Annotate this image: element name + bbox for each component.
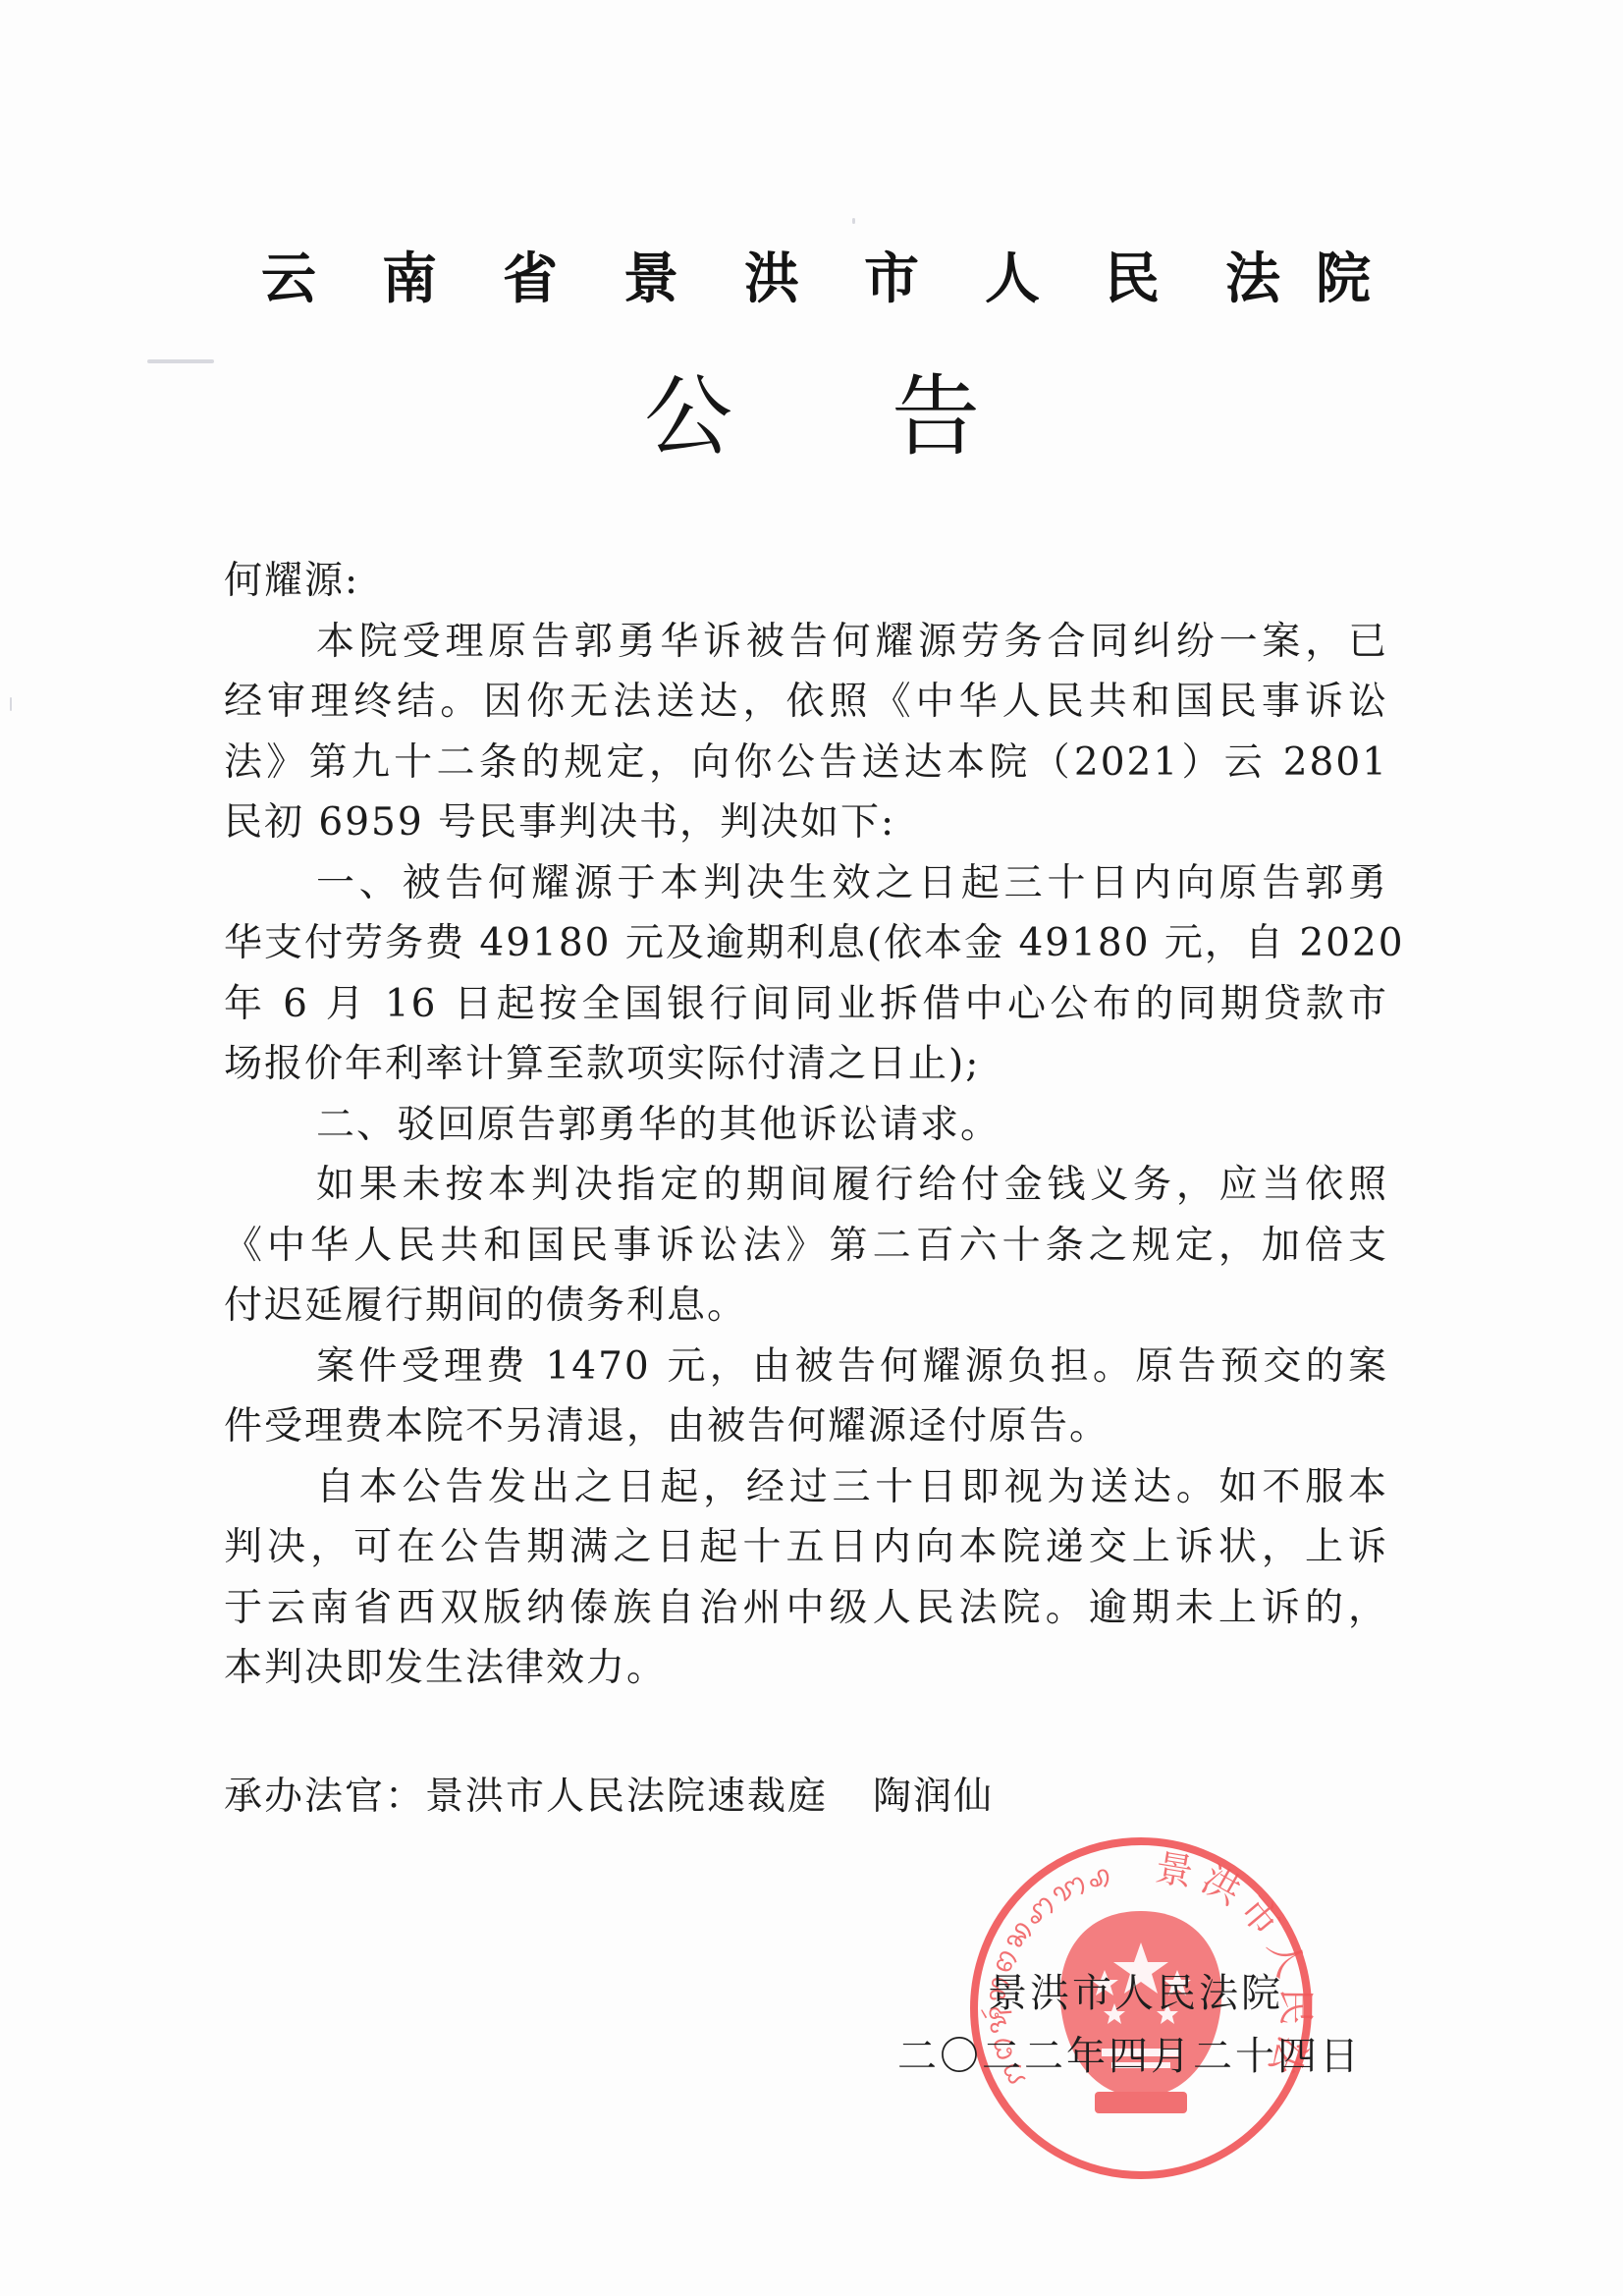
court-title-char: 院 (1316, 246, 1371, 314)
tribunal-name: 景洪市人民法院速裁庭 (425, 1775, 828, 1819)
paragraph-line: 于云南省西双版纳傣族自治州中级人民法院。逾期未上诉的， (224, 1583, 1388, 1634)
court-title-char: 南 (382, 246, 437, 314)
paragraph-line: 件受理费本院不另清退，由被告何耀源迳付原告。 (224, 1401, 1388, 1452)
paragraph-line: 《中华人民共和国民事诉讼法》第二百六十条之规定，加倍支 (224, 1221, 1388, 1272)
paragraph-line: 场报价年利率计算至款项实际付清之日止); (224, 1039, 1388, 1090)
scan-speck (852, 218, 855, 224)
issuing-court: 景洪市人民法院 (988, 1968, 1283, 2019)
doc-type-char: 公 (644, 365, 732, 468)
paragraph-line: 年 6 月 16 日起按全国银行间同业拆借中心公布的同期贷款市 (224, 979, 1388, 1030)
paragraph-line: 本院受理原告郭勇华诉被告何耀源劳务合同纠纷一案，已 (224, 617, 1388, 668)
paragraph-line: 判决，可在公告期满之日起十五日内向本院递交上诉状，上诉 (224, 1522, 1388, 1573)
paragraph-line: 民初 6959 号民事判决书，判决如下: (224, 797, 1388, 848)
court-title-char: 民 (1105, 246, 1160, 314)
scan-speck (10, 697, 12, 711)
judge-name: 陶润仙 (873, 1775, 994, 1819)
judgment-item-1: 一、被告何耀源于本判决生效之日起三十日内向原告郭勇 (224, 858, 1388, 909)
addressee: 何耀源: (224, 556, 1388, 607)
paragraph-line: 华支付劳务费 49180 元及逾期利息(依本金 49180 元，自 2020 (224, 918, 1388, 969)
paragraph-line: 本判决即发生法律效力。 (224, 1643, 1388, 1694)
court-title-char: 景 (623, 246, 678, 314)
scan-smudge (147, 359, 214, 363)
court-title-char: 法 (1225, 246, 1280, 314)
judgment-item-2: 二、驳回原告郭勇华的其他诉讼请求。 (224, 1100, 1388, 1151)
issue-date: 二〇二二年四月二十四日 (897, 2031, 1362, 2082)
court-title-char: 云 (261, 246, 316, 314)
court-title-char: 省 (503, 246, 558, 314)
court-title-char: 市 (864, 246, 919, 314)
signature-label: 承办法官： (224, 1775, 425, 1819)
document-page: 云 南 省 景 洪 市 人 民 法 院 公 告 何耀源: 本院受理原告郭勇华诉被… (0, 0, 1623, 2296)
judge-signature: 承办法官：景洪市人民法院速裁庭陶润仙 (224, 1772, 994, 1823)
paragraph-line: 经审理终结。因你无法送达，依照《中华人民共和国民事诉讼 (224, 677, 1388, 728)
paragraph-line: 如果未按本判决指定的期间履行给付金钱义务，应当依照 (224, 1160, 1388, 1211)
court-title-char: 人 (985, 246, 1040, 314)
court-title-char: 洪 (744, 246, 799, 314)
paragraph-line: 付迟延履行期间的债务利息。 (224, 1281, 1388, 1332)
paragraph-line: 案件受理费 1470 元，由被告何耀源负担。原告预交的案 (224, 1341, 1388, 1393)
doc-type-char: 告 (892, 365, 980, 468)
paragraph-line: 自本公告发出之日起，经过三十日即视为送达。如不服本 (224, 1462, 1388, 1513)
paragraph-line: 法》第九十二条的规定，向你公告送达本院（2021）云 2801 (224, 738, 1388, 789)
